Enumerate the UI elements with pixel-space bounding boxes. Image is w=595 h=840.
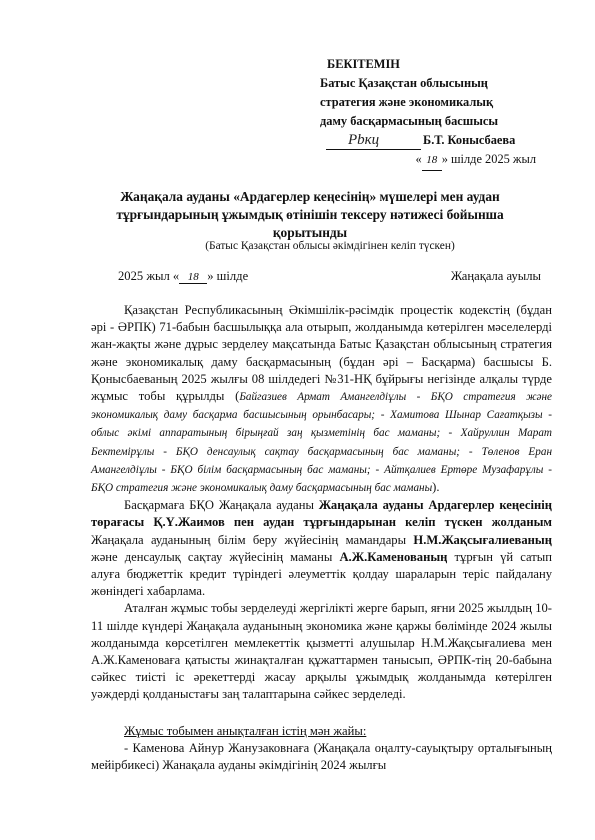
section-heading: Жұмыс тобымен анықталған істің мән жайы: [91,723,552,740]
approval-line-3: даму басқармасының басшысы [320,112,540,131]
date-rest: » шілде 2025 жыл [442,152,536,166]
working-group-members: Байгазиев Армат Амангелдіұлы - БҚО страт… [91,391,552,494]
date-suffix: » шілде [207,269,248,283]
approval-date: «18» шілде 2025 жыл [320,150,540,171]
handwritten-day: 18 [179,271,207,284]
document-subtitle: (Батыс Қазақстан облысы әкімдігінен келі… [80,240,540,252]
signer-name: Б.Т. Конысбаева [423,131,515,150]
document-place: Жаңақала ауылы [451,269,541,284]
p2-bold-person-1: Н.М.Жақсығалиеваның [413,533,552,547]
paragraph-4: - Каменова Айнур Жанузаковнаға (Жаңақала… [91,740,552,774]
approval-line-2: стратегия және экономикалық [320,93,540,112]
spacer [91,704,552,723]
section-heading-text: Жұмыс тобымен анықталған істің мән жайы: [124,724,366,738]
approval-heading: БЕКІТЕМІН [320,55,540,74]
signature-line: Pbкц Б.Т. Конысбаева [320,131,540,150]
signature-blank: Pbкц [326,134,421,150]
p2-bold-person-2: А.Ж.Каменованың [339,550,447,564]
p1-end: ). [432,480,439,494]
approval-block: БЕКІТЕМІН Батыс Қазақстан облысының стра… [320,55,540,171]
p2-mid-1: Жаңақала ауданының білім беру жүйесінің … [91,533,413,547]
p2-start: Басқармаға БҚО Жаңақала ауданы [124,498,319,512]
paragraph-3: Аталған жұмыс тобы зерделеуді жергілікті… [91,600,552,703]
document-page: БЕКІТЕМІН Батыс Қазақстан облысының стра… [0,0,595,840]
paragraph-1: Қазақстан Республикасының Әкімшілік-рәсі… [91,302,552,497]
handwritten-signature: Pbкц [348,131,379,150]
paragraph-2: Басқармаға БҚО Жаңақала ауданы Жаңақала … [91,497,552,600]
document-date: 2025 жыл «18» шілде [118,269,248,284]
handwritten-day: 18 [422,151,442,171]
p2-mid-2: және денсаулық сақтау жүйесінің маманы [91,550,339,564]
approval-line-1: Батыс Қазақстан облысының [320,74,540,93]
date-prefix: 2025 жыл « [118,269,179,283]
document-title: Жаңақала ауданы «Ардагерлер кеңесінің» м… [80,188,540,242]
p1-text: Қазақстан Республикасының Әкімшілік-рәсі… [91,303,552,403]
document-body: Қазақстан Республикасының Әкімшілік-рәсі… [91,302,552,774]
